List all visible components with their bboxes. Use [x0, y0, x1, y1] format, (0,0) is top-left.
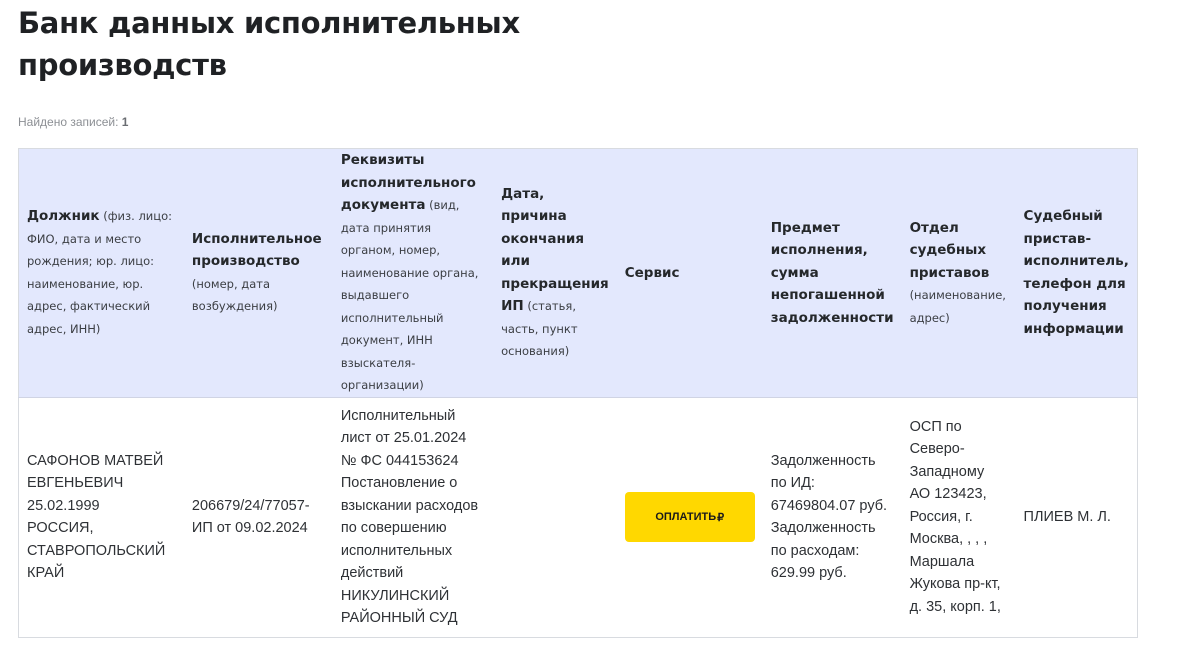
cell-subject: Задолженность по ИД: 67469804.07 руб. За… — [763, 397, 902, 637]
header-proceeding: Исполнительное производство (номер, дата… — [184, 149, 333, 398]
cell-proceeding: 206679/24/77057-ИП от 09.02.2024 — [184, 397, 333, 637]
cell-debtor: САФОНОВ МАТВЕЙ ЕВГЕНЬЕВИЧ 25.02.1999 РОС… — [19, 397, 184, 637]
cell-document: Исполнительный лист от 25.01.2024 № ФС 0… — [333, 397, 493, 637]
header-service: Сервис — [617, 149, 763, 398]
pay-button-label: ОПЛАТИТЬ — [655, 511, 716, 523]
records-count-label: Найдено записей: — [18, 115, 118, 129]
table-header-row: Должник (физ. лицо: ФИО, дата и место ро… — [19, 149, 1138, 398]
header-bailiff: Судебный пристав-исполнитель, телефон дл… — [1016, 149, 1138, 398]
results-table: Должник (физ. лицо: ФИО, дата и место ро… — [18, 148, 1138, 638]
page: Банк данных исполнительных производств Н… — [18, 0, 1160, 129]
page-title: Банк данных исполнительных производств — [18, 2, 578, 86]
table-row: САФОНОВ МАТВЕЙ ЕВГЕНЬЕВИЧ 25.02.1999 РОС… — [19, 397, 1138, 637]
pay-button[interactable]: ОПЛАТИТЬ₽ — [625, 492, 755, 542]
cell-department: ОСП по Северо-Западному АО 123423, Росси… — [902, 397, 1016, 637]
records-count: Найдено записей: 1 — [18, 115, 1160, 129]
ruble-icon: ₽ — [717, 511, 724, 524]
records-count-value: 1 — [122, 115, 129, 129]
cell-bailiff: ПЛИЕВ М. Л. — [1016, 397, 1138, 637]
header-subject: Предмет исполнения, сумма непогашенной з… — [763, 149, 902, 398]
cell-end-reason — [493, 397, 617, 637]
header-debtor: Должник (физ. лицо: ФИО, дата и место ро… — [19, 149, 184, 398]
header-end-reason: Дата, причина окончания или прекращения … — [493, 149, 617, 398]
header-department: Отдел судебных приставов (наименование, … — [902, 149, 1016, 398]
cell-service: ОПЛАТИТЬ₽ — [617, 397, 763, 637]
header-document: Реквизиты исполнительного документа (вид… — [333, 149, 493, 398]
